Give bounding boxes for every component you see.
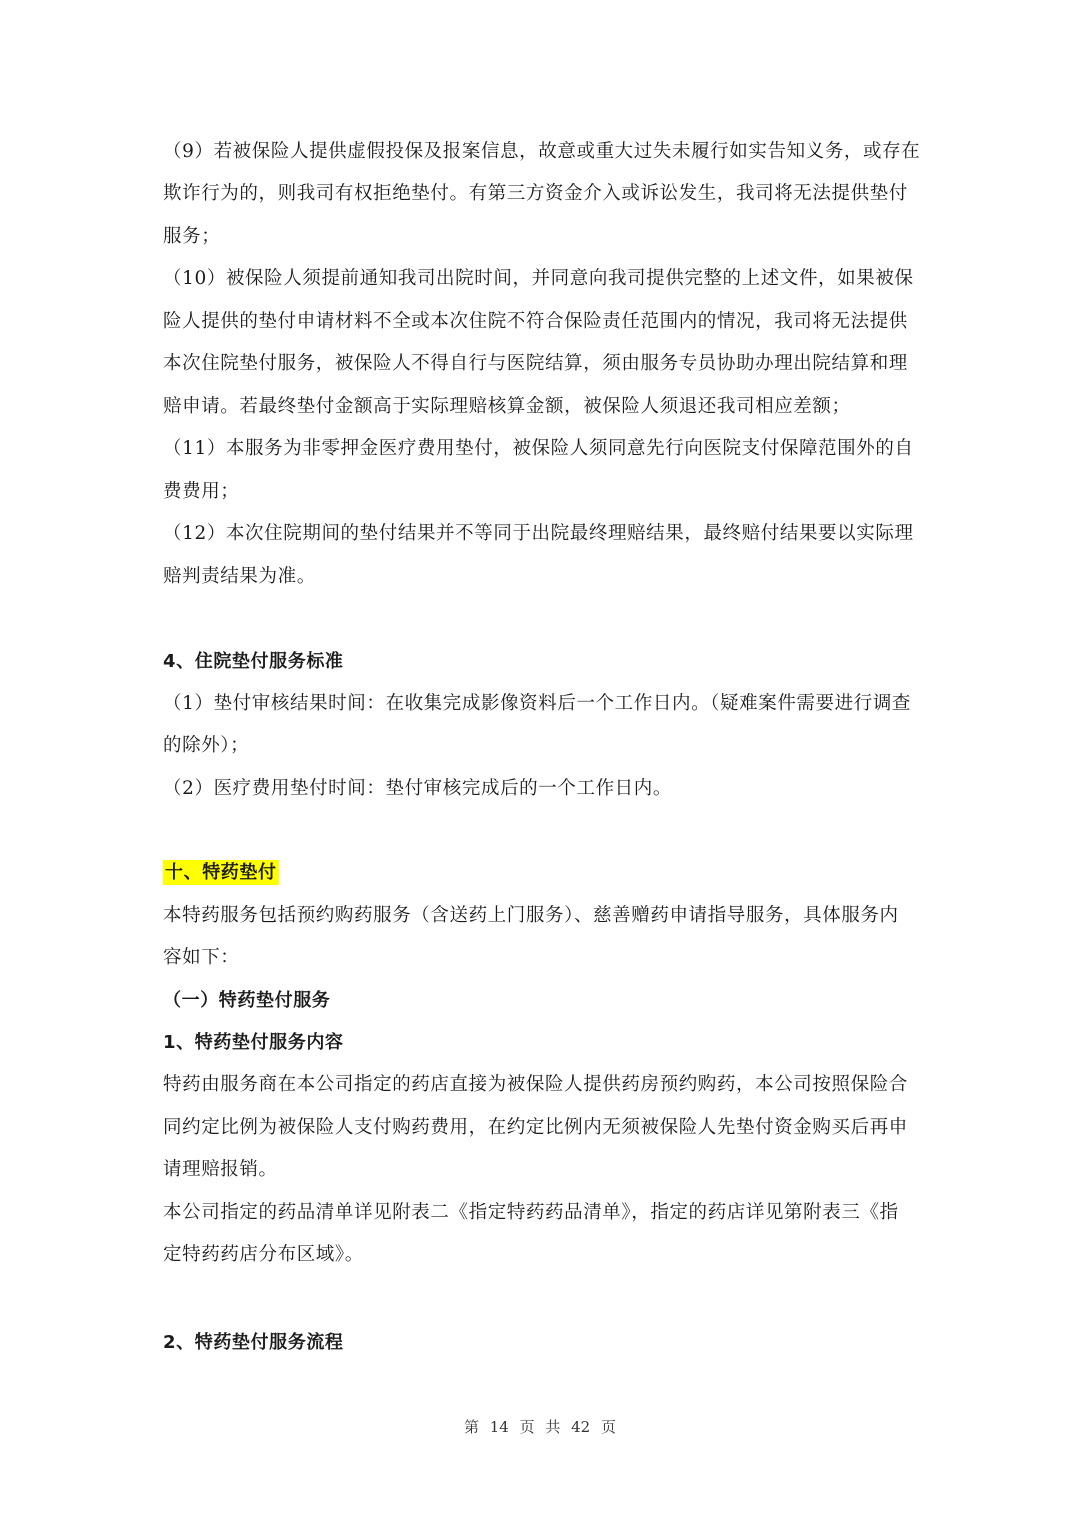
highlighted-heading: 十、特药垫付 [163,860,279,885]
paragraph-line: （9）若被保险人提供虚假投保及报案信息，故意或重大过失未履行如实告知义务，或存在 [163,140,923,164]
chapter-heading-special-drug: 十、特药垫付 [163,861,923,885]
paragraph-line: 险人提供的垫付申请材料不全或本次住院不符合保险责任范围内的情况，我司将无法提供 [163,310,923,334]
paragraph-line: （11）本服务为非零押金医疗费用垫付，被保险人须同意先行向医院支付保障范围外的自 [163,437,923,461]
paragraph-line: 同约定比例为被保险人支付购药费用，在约定比例内无须被保险人先垫付资金购买后再申 [163,1116,923,1140]
section-heading-service-standard: 4、住院垫付服务标准 [163,650,923,674]
paragraph-line: 费费用； [163,480,923,504]
paragraph-line: 请理赔报销。 [163,1158,923,1182]
paragraph-line: （1）垫付审核结果时间：在收集完成影像资料后一个工作日内。（疑难案件需要进行调查 [163,692,923,716]
paragraph-line: 的除外）； [163,734,923,758]
paragraph-line: （12）本次住院期间的垫付结果并不等同于出院最终理赔结果，最终赔付结果要以实际理 [163,522,923,546]
item-heading-service-process: 2、特药垫付服务流程 [163,1331,923,1355]
paragraph-line: 特药由服务商在本公司指定的药店直接为被保险人提供药房预约购药，本公司按照保险合 [163,1073,923,1097]
paragraph-line: （2）医疗费用垫付时间：垫付审核完成后的一个工作日内。 [163,777,923,801]
paragraph-line: 本次住院垫付服务，被保险人不得自行与医院结算，须由服务专员协助办理出院结算和理 [163,352,923,376]
item-heading-service-content: 1、特药垫付服务内容 [163,1031,923,1055]
paragraph-line: 欺诈行为的，则我司有权拒绝垫付。有第三方资金介入或诉讼发生，我司将无法提供垫付 [163,182,923,206]
paragraph-line: 服务； [163,225,923,249]
paragraph-line: 本特药服务包括预约购药服务（含送药上门服务）、慈善赠药申请指导服务，具体服务内 [163,904,923,928]
paragraph-line: 本公司指定的药品清单详见附表二《指定特药药品清单》，指定的药店详见第附表三《指 [163,1201,923,1225]
page-number-footer: 第 14 页 共 42 页 [0,1417,1080,1437]
paragraph-line: （10）被保险人须提前通知我司出院时间，并同意向我司提供完整的上述文件，如果被保 [163,267,923,291]
paragraph-line: 定特药药店分布区域》。 [163,1243,923,1267]
paragraph-line: 赔申请。若最终垫付金额高于实际理赔核算金额，被保险人须退还我司相应差额； [163,395,923,419]
document-page: （9）若被保险人提供虚假投保及报案信息，故意或重大过失未履行如实告知义务，或存在… [0,0,1080,1527]
paragraph-line: 赔判责结果为准。 [163,565,923,589]
subsection-heading: （一）特药垫付服务 [163,989,923,1013]
paragraph-line: 容如下： [163,946,923,970]
